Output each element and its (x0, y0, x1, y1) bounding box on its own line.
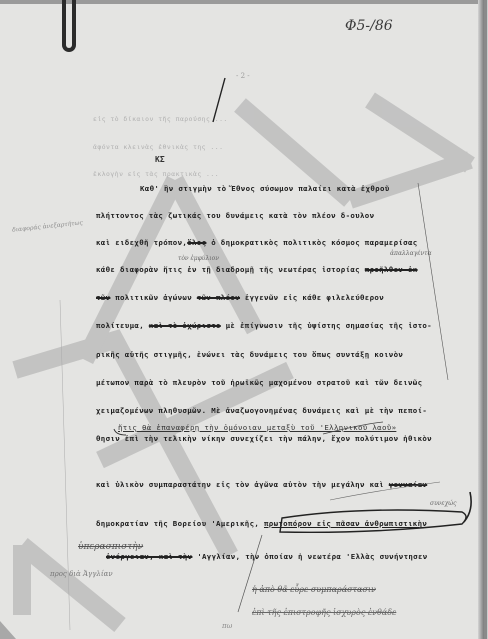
text-segment: πολιτικῶν ἀγώνων (110, 293, 196, 302)
text-line-10: θησιν ἐπὶ τὴν τελικὴν νίκην συνεχίζει τὴ… (96, 434, 432, 443)
text-line-6: πολίτευμα, καὶ τὸ ἐχώριστο μὲ ἐπίγνωσιν … (96, 321, 432, 330)
text-line-2: πλήττοντος τὰς ζωτικάς του δυνάμεις κατὰ… (96, 211, 374, 220)
scanned-document-page: Φ5-/86 - 2 - εἰς τὸ δίκαιον τῆς παρούσης… (0, 0, 487, 639)
text-segment: κάθε διαφορὰν ἥτις ἐν τῇ διαδρομῇ τῆς νε… (96, 265, 365, 274)
handwritten-struck-1: ἡ ἀπὸ θᾶ εὗρε συμπαράστασιν (252, 585, 376, 594)
struck-text: ἐνέργειαν, καὶ τὴν (106, 552, 192, 561)
pen-marks (0, 0, 487, 639)
struck-text: καὶ τὸ ἐχώριστο (149, 321, 221, 330)
struck-text: ὅλος (187, 238, 206, 247)
paper-clip-mark (62, 0, 76, 52)
text-line-7: ρικῆς αὐτῆς στιγμῆς, ἑνώνει τὰς δυνάμεις… (96, 350, 403, 359)
boxed-text: πρωτοπόρον εἰς πᾶσαν ἀνθρωπιστικὴν (264, 519, 427, 528)
text-line-4: κάθε διαφορὰν ἥτις ἐν τῇ διαδρομῇ τῆς νε… (96, 265, 418, 274)
handwritten-insert-above: τὸν ἐμφύλιον (178, 255, 219, 262)
handwritten-struck-2: ἐπὶ τῆς ἐπιστροφῆς ἰσχυρὸς ἐνθάδε (252, 608, 396, 617)
handwritten-left-note: προς διὰ Ἀγγλίαν (50, 570, 113, 578)
margin-note-left: διαφοράς ἀνεξαρτήτως (12, 219, 83, 233)
text-line-13: ἐνέργειαν, καὶ τὴν 'Αγγλίαν, τὴν ὁποίαν … (106, 552, 428, 561)
text-segment: πολίτευμα, (96, 321, 149, 330)
handwritten-insert-right: ἀπαλλαγέντα (390, 250, 432, 257)
text-line-8: μέτωπον παρὰ τὸ πλευρὸν τοῦ ἡρωϊκῶς μαχο… (96, 378, 422, 387)
section-heading: ΚΣ (155, 155, 165, 164)
page-edge-shadow (478, 0, 484, 639)
struck-text: τῶν πλέον (197, 293, 240, 302)
page-corner-fold (0, 621, 16, 639)
reference-number: Φ5-/86 (345, 18, 393, 34)
text-segment: ἐγγενῶν εἰς κάθε φιλελεύθερον (240, 293, 384, 302)
bleed-through-line: ἀφόντα κλεινὰς ἐθνικὰς της ... (93, 143, 223, 151)
bleed-through-line: εἰς τὸ δίκαιον τῆς παρούσης ... (93, 115, 228, 123)
text-segment: ὁ δημοκρατικὸς πολιτικὸς κόσμος παραμερί… (206, 238, 417, 247)
text-line-11: καὶ ὑλικὸν συμπαραστάτην εἰς τὸν ἀγῶνα α… (96, 480, 427, 489)
text-line-12: δημοκρατίαν τῆς Βορείου 'Αμερικῆς, πρωτο… (96, 519, 427, 528)
bleed-through-line: ἐκλογὴν εἰς τὰς πρακτικὰς ... (93, 170, 219, 178)
handwritten-left-struck: ὑπερασπιστὴν (78, 542, 143, 552)
text-line-5: τῶν πολιτικῶν ἀγώνων τῶν πλέον ἐγγενῶν ε… (96, 293, 384, 302)
text-line-9: χειμαζομένων πληθυσμῶν. Μὲ ἀναζωογονημέν… (96, 406, 427, 415)
text-segment: 'Αγγλίαν, τὴν ὁποίαν ἡ νεωτέρα 'Ελλὰς συ… (192, 552, 427, 561)
handwritten-insert-right-2: συνεχώς (430, 500, 457, 507)
struck-text: τῶν (96, 293, 110, 302)
text-segment: δημοκρατίαν τῆς Βορείου 'Αμερικῆς, (96, 519, 264, 528)
page-number: - 2 - (236, 72, 250, 80)
struck-text: γενναίαν (389, 480, 427, 489)
text-segment: καὶ ειδεχθῆ τρόπον, (96, 238, 187, 247)
inserted-line: ἥτις θὰ ἐπαναφέρῃ τὴν ὁμόνοιαν μεταξὺ το… (118, 423, 396, 432)
text-line-3: καὶ ειδεχθῆ τρόπον,ὅλος ὁ δημοκρατικὸς π… (96, 238, 418, 247)
handwritten-small-note: πω (222, 622, 232, 630)
watermark-ndn (0, 0, 487, 639)
inserted-text: ἥτις θὰ ἐπαναφέρῃ τὴν ὁμόνοιαν μεταξὺ το… (118, 423, 396, 432)
struck-text: προῆλθεν ἐκ (365, 265, 418, 274)
text-segment: καὶ ὑλικὸν συμπαραστάτην εἰς τὸν ἀγῶνα α… (96, 480, 389, 489)
text-line-1: Καθ' ἣν στιγμὴν τὸ Ἔθνος σύσωμον παλαίει… (140, 184, 390, 193)
text-segment: μὲ ἐπίγνωσιν τῆς ὑψίστης σημασίας τῆς ἱσ… (221, 321, 432, 330)
